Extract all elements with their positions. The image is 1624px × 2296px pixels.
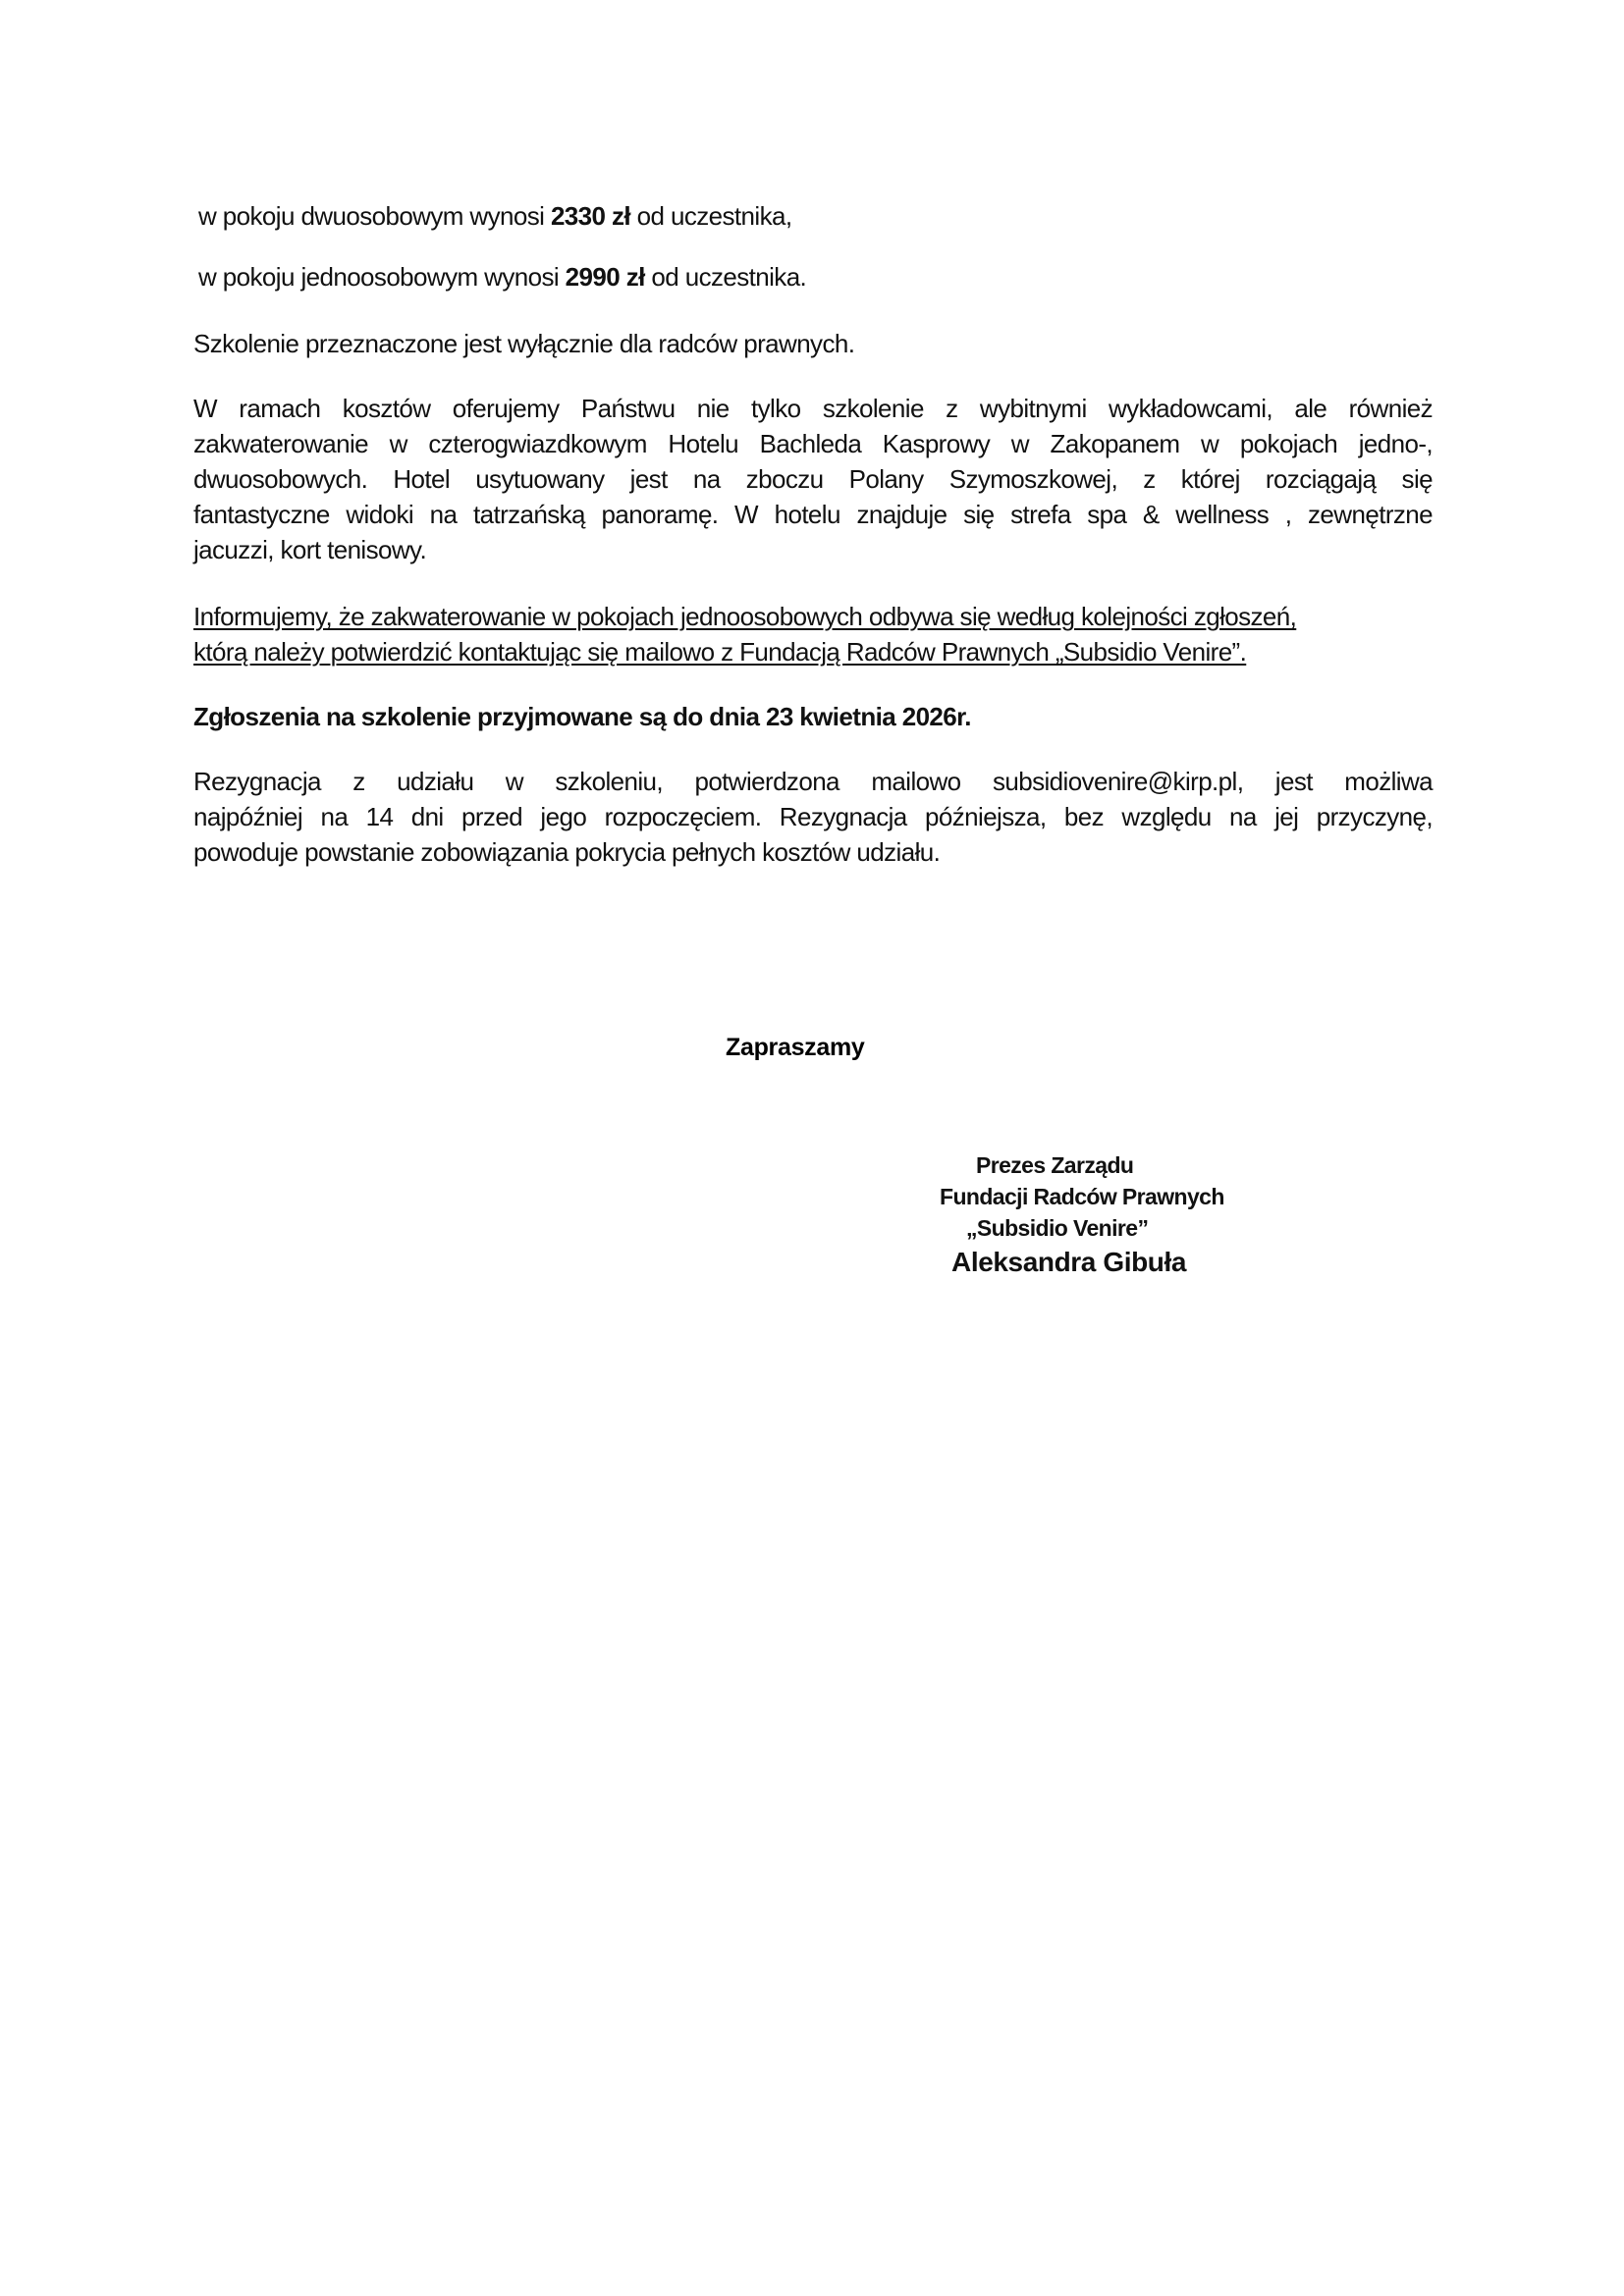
signature-title: Prezes Zarządu — [976, 1152, 1133, 1179]
price-label: w pokoju dwuosobowym wynosi — [198, 201, 551, 231]
price-suffix: od uczestnika, — [630, 201, 791, 231]
eligibility-note: Szkolenie przeznaczone jest wyłącznie dl… — [193, 328, 854, 359]
offer-line: W ramach kosztów oferujemy Państwu nie t… — [193, 393, 1433, 424]
closing-invitation: Zapraszamy — [726, 1034, 865, 1062]
cancellation-line: najpóźniej na 14 dni przed jego rozpoczę… — [193, 801, 1433, 832]
price-label: w pokoju jednoosobowym wynosi — [198, 262, 566, 292]
cancellation-line: Rezygnacja z udziału w szkoleniu, potwie… — [193, 766, 1433, 797]
notice-line: którą należy potwierdzić kontaktując się… — [193, 636, 1246, 667]
offer-line: zakwaterowanie w czterogwiazdkowym Hotel… — [193, 428, 1433, 459]
signature-organization-name: „Subsidio Venire” — [966, 1215, 1148, 1242]
offer-line: fantastyczne widoki na tatrzańską panora… — [193, 499, 1433, 530]
price-suffix: od uczestnika. — [645, 262, 806, 292]
registration-deadline: Zgłoszenia na szkolenie przyjmowane są d… — [193, 701, 971, 732]
notice-line: Informujemy, że zakwaterowanie w pokojac… — [193, 601, 1296, 632]
price-amount: 2990 zł — [566, 262, 645, 292]
document-page: w pokoju dwuosobowym wynosi 2330 zł od u… — [0, 0, 1624, 2296]
signature-name: Aleksandra Gibuła — [951, 1247, 1186, 1278]
offer-line: dwuosobowych. Hotel usytuowany jest na z… — [193, 463, 1433, 495]
signature-organization: Fundacji Radców Prawnych — [940, 1184, 1224, 1210]
price-double-room: w pokoju dwuosobowym wynosi 2330 zł od u… — [198, 200, 791, 232]
cancellation-line: powoduje powstanie zobowiązania pokrycia… — [193, 836, 940, 868]
price-single-room: w pokoju jednoosobowym wynosi 2990 zł od… — [198, 261, 806, 293]
offer-line: jacuzzi, kort tenisowy. — [193, 534, 426, 565]
price-amount: 2330 zł — [551, 201, 630, 231]
